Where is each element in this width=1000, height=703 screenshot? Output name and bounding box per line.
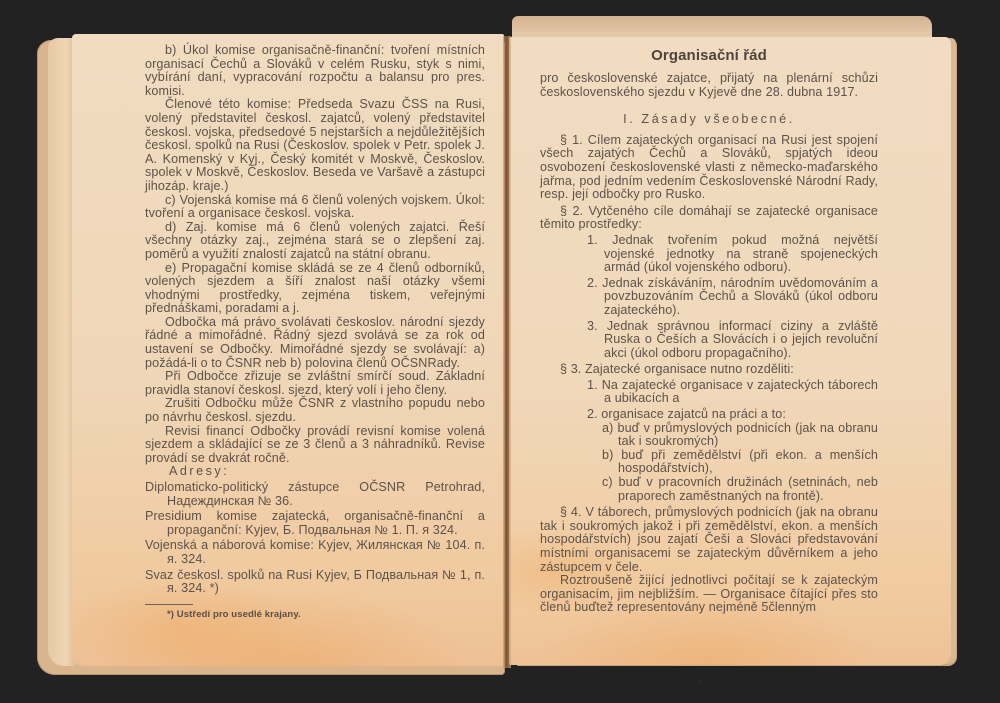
list-item: 2. Jednak získáváním, národním uvědomová… bbox=[540, 277, 878, 318]
paragraph-smirci-soud: Při Odbočce zřizuje se zvláštní smírčí s… bbox=[145, 370, 485, 397]
paragraph-d: d) Zaj. komise má 6 členů volených zajat… bbox=[145, 221, 485, 262]
paragraph-c: c) Vojenská komise má 6 členů volených v… bbox=[145, 194, 485, 221]
footnote-divider bbox=[145, 604, 193, 605]
right-page-text: Organisační řád pro československé zajat… bbox=[540, 46, 878, 615]
list-item: 2. organisace zajatců na práci a to: bbox=[540, 408, 878, 422]
section-heading: I. Zásady všeobecné. bbox=[540, 113, 878, 127]
paragraph-s2: § 2. Vytčeného cíle domáhají se zajateck… bbox=[540, 205, 878, 232]
page-title: Organisační řád bbox=[540, 46, 878, 66]
paragraph-e: e) Propagační komise skládá se ze 4 člen… bbox=[145, 262, 485, 316]
list-item: 3. Jednak správnou informací ciziny a zv… bbox=[540, 320, 878, 361]
list-item: 1. Jednak tvořením pokud možná největší … bbox=[540, 234, 878, 275]
footnote: *) Ustředí pro usedlé krajany. bbox=[145, 608, 485, 622]
paragraph-scattered: Roztroušeně žijící jednotlivci počítají … bbox=[540, 574, 878, 615]
book-spine bbox=[503, 36, 511, 668]
paragraph-members: Členové této komise: Předseda Svazu ČSS … bbox=[145, 98, 485, 193]
left-page-text: b) Úkol komise organisačně-finanční: tvo… bbox=[145, 44, 485, 621]
address-item: Svaz českosl. spolků na Rusi Kyjev, Б По… bbox=[145, 569, 485, 596]
address-item: Presidium komise zajatecká, organisačně-… bbox=[145, 510, 485, 537]
page-subtitle: pro československé zajatce, přijatý na p… bbox=[540, 72, 878, 99]
list-item: 1. Na zajatecké organisace v zajateckých… bbox=[540, 379, 878, 406]
address-item: Vojenská a náborová komise: Kyjev, Жилян… bbox=[145, 539, 485, 566]
paragraph-s4: § 4. V táborech, průmyslových podnicích … bbox=[540, 506, 878, 574]
paragraph-odbocka: Odbočka má právo svolávati českoslov. ná… bbox=[145, 316, 485, 370]
paragraph-s1: § 1. Cílem zajateckých organisací na Rus… bbox=[540, 134, 878, 202]
sub-list-item: b) buď při zemědělství (při ekon. a menš… bbox=[540, 449, 878, 476]
paragraph-revise: Revisi financí Odbočky provádí revisní k… bbox=[145, 425, 485, 466]
paragraph-zrusiti: Zrušiti Odbočku může ČSNR z vlastního po… bbox=[145, 397, 485, 424]
address-item: Diplomaticko-politický zástupce OČSNR Pe… bbox=[145, 481, 485, 508]
paragraph-s3: § 3. Zajatecké organisace nutno rozdělit… bbox=[540, 363, 878, 377]
sub-list-item: a) buď v průmyslových podnicích (jak na … bbox=[540, 422, 878, 449]
sub-list-item: c) buď v pracovních družinách (setninách… bbox=[540, 476, 878, 503]
paragraph-b: b) Úkol komise organisačně-finanční: tvo… bbox=[145, 44, 485, 98]
addresses-heading: Adresy: bbox=[145, 465, 485, 479]
